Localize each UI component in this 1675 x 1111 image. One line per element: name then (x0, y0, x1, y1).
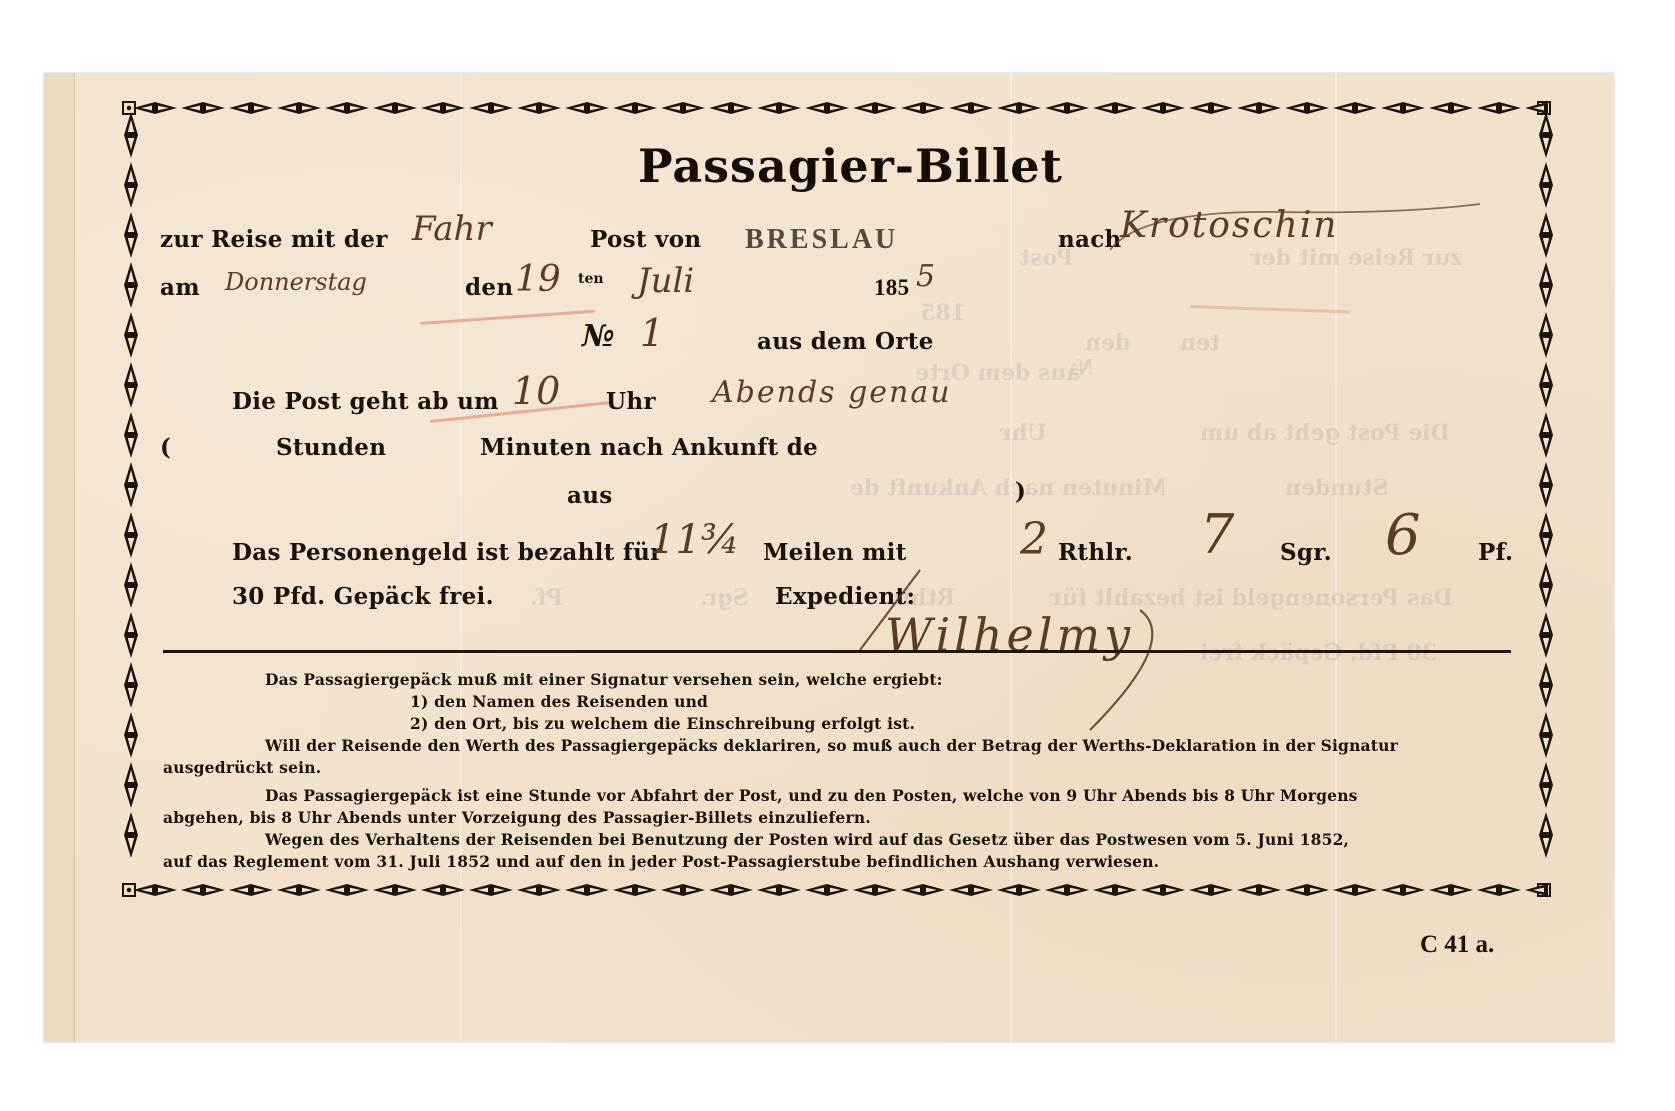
label-personengeld: Das Personengeld ist bezahlt für (232, 541, 663, 564)
border-diamond-ornament (124, 512, 138, 558)
border-diamond-ornament (124, 462, 138, 508)
notice-line: Das Passagiergepäck ist eine Stunde vor … (265, 788, 1358, 804)
border-diamond-ornament (805, 102, 849, 114)
label-den: den (465, 276, 513, 299)
notice-line: Das Passagiergepäck muß mit einer Signat… (265, 672, 943, 688)
border-diamond-ornament (1539, 562, 1553, 608)
border-diamond-ornament (1539, 662, 1553, 708)
border-diamond-ornament (1237, 884, 1281, 896)
label-reise: zur Reise mit der (160, 228, 388, 251)
border-diamond-ornament (1539, 612, 1553, 658)
handwritten-miles: 11¾ (650, 520, 740, 560)
border-diamond-ornament (1539, 212, 1553, 258)
bleed-through-text: Pf. (530, 585, 563, 611)
border-diamond-ornament (1333, 884, 1377, 896)
destination-flourish (1080, 200, 1500, 260)
border-diamond-ornament (124, 712, 138, 758)
handwritten-time-note: Abends genau (712, 378, 952, 408)
border-diamond-ornament (469, 102, 513, 114)
handwritten-post-type: Fahr (412, 212, 492, 246)
separator-rule (163, 650, 1511, 653)
border-diamond-ornament (124, 362, 138, 408)
border-diamond-ornament (229, 102, 273, 114)
notice-line: auf das Reglement vom 31. Juli 1852 und … (163, 854, 1159, 870)
border-diamond-ornament (517, 102, 561, 114)
paren-open: ( (160, 436, 171, 459)
ticket-title: Passagier-Billet (638, 143, 1063, 189)
border-diamond-ornament (1141, 102, 1185, 114)
torn-stub-edge (44, 73, 75, 1042)
border-diamond-ornament (1429, 884, 1473, 896)
border-diamond-ornament (1539, 512, 1553, 558)
label-am: am (160, 276, 200, 299)
border-diamond-ornament (373, 102, 417, 114)
ornamental-border-right (1538, 112, 1554, 877)
paren-close: ) (1015, 480, 1026, 503)
border-diamond-ornament (181, 884, 225, 896)
border-diamond-ornament (1539, 712, 1553, 758)
border-diamond-ornament (757, 102, 801, 114)
label-baggage-allowance: 30 Pfd. Gepäck frei. (232, 585, 494, 608)
bleed-through-text: Die Post geht ab um (1200, 420, 1450, 446)
bleed-through-text: Uhr (1000, 420, 1047, 446)
border-diamond-ornament (124, 412, 138, 458)
border-diamond-ornament (709, 102, 753, 114)
label-sgr: Sgr. (1280, 541, 1332, 564)
border-diamond-ornament (124, 162, 138, 208)
bleed-through-text: Stunden (1285, 475, 1388, 501)
border-diamond-ornament (1285, 102, 1329, 114)
border-diamond-ornament (853, 884, 897, 896)
border-diamond-ornament (901, 102, 945, 114)
border-diamond-ornament (1333, 102, 1377, 114)
border-diamond-ornament (1381, 102, 1425, 114)
border-diamond-ornament (469, 884, 513, 896)
notice-line: Wegen des Verhaltens der Reisenden bei B… (265, 832, 1349, 848)
notice-line: 2) den Ort, bis zu welchem die Einschrei… (410, 716, 915, 732)
border-diamond-ornament (1285, 884, 1329, 896)
border-diamond-ornament (1141, 884, 1185, 896)
border-diamond-ornament (124, 262, 138, 308)
border-diamond-ornament (709, 884, 753, 896)
bleed-through-text: Minuten nach Ankunft de (850, 475, 1167, 501)
form-number: C 41 a. (1420, 932, 1494, 957)
border-diamond-ornament (1539, 112, 1553, 158)
border-diamond-ornament (1539, 262, 1553, 308)
border-diamond-ornament (1477, 884, 1521, 896)
label-post-departs: Die Post geht ab um (232, 390, 499, 413)
border-diamond-ornament (1093, 102, 1137, 114)
bleed-through-text: Sgr. (700, 585, 749, 611)
origin-stamp: BRESLAU (745, 226, 898, 254)
bleed-through-text: 185 (920, 300, 966, 326)
handwritten-departure-hour: 10 (512, 372, 560, 410)
border-diamond-ornament (1045, 102, 1089, 114)
border-diamond-ornament (277, 884, 321, 896)
border-diamond-ornament (1539, 462, 1553, 508)
border-diamond-ornament (1539, 412, 1553, 458)
border-diamond-ornament (997, 884, 1041, 896)
label-aus-dem-orte: aus dem Orte (757, 330, 934, 353)
label-stunden: Stunden (276, 436, 386, 459)
border-diamond-ornament (949, 884, 993, 896)
border-diamond-ornament (421, 102, 465, 114)
border-diamond-ornament (421, 884, 465, 896)
border-diamond-ornament (949, 102, 993, 114)
bleed-through-text: ten (1180, 330, 1220, 356)
label-pf: Pf. (1478, 541, 1513, 564)
border-diamond-ornament (124, 562, 138, 608)
border-diamond-ornament (124, 612, 138, 658)
label-minuten-nach-ankunft: Minuten nach Ankunft de (480, 436, 818, 459)
border-diamond-ornament (1539, 812, 1553, 858)
border-diamond-ornament (124, 312, 138, 358)
handwritten-weekday: Donnerstag (225, 270, 367, 294)
border-diamond-ornament (661, 884, 705, 896)
handwritten-year-suffix: 5 (916, 262, 935, 292)
handwritten-day: 19 (515, 262, 561, 298)
handwritten-thaler: 2 (1020, 518, 1048, 562)
border-diamond-ornament (1539, 312, 1553, 358)
border-diamond-ornament (613, 884, 657, 896)
border-diamond-ornament (805, 884, 849, 896)
border-diamond-ornament (1093, 884, 1137, 896)
border-diamond-ornament (181, 102, 225, 114)
border-diamond-ornament (1539, 762, 1553, 808)
border-diamond-ornament (277, 102, 321, 114)
border-diamond-ornament (901, 884, 945, 896)
border-diamond-ornament (517, 884, 561, 896)
label-uhr: Uhr (606, 390, 656, 413)
border-diamond-ornament (997, 102, 1041, 114)
border-diamond-ornament (1189, 884, 1233, 896)
border-diamond-ornament (1189, 102, 1233, 114)
border-diamond-ornament (1539, 162, 1553, 208)
border-diamond-ornament (661, 102, 705, 114)
label-aus: aus (567, 484, 612, 507)
border-diamond-ornament (757, 884, 801, 896)
border-diamond-ornament (124, 112, 138, 158)
border-diamond-ornament (229, 884, 273, 896)
handwritten-ticket-number: 1 (640, 314, 664, 352)
border-diamond-ornament (1539, 362, 1553, 408)
handwritten-month: Juli (637, 264, 694, 298)
border-diamond-ornament (325, 102, 369, 114)
bleed-through-text: den (1085, 330, 1130, 356)
border-diamond-ornament (124, 812, 138, 858)
border-diamond-ornament (373, 884, 417, 896)
border-diamond-ornament (1237, 102, 1281, 114)
notice-line: abgehen, bis 8 Uhr Abends unter Vorzeigu… (163, 810, 871, 826)
border-diamond-ornament (1381, 884, 1425, 896)
border-diamond-ornament (565, 884, 609, 896)
border-diamond-ornament (124, 212, 138, 258)
border-diamond-ornament (565, 102, 609, 114)
notice-line: Will der Reisende den Werth des Passagie… (265, 738, 1398, 754)
border-diamond-ornament (613, 102, 657, 114)
label-year-prefix: 185 (874, 276, 909, 299)
ornamental-border-bottom (133, 882, 1548, 898)
label-post-von: Post von (590, 228, 701, 251)
label-ten: ten (578, 272, 604, 286)
border-diamond-ornament (133, 884, 177, 896)
border-diamond-ornament (124, 762, 138, 808)
label-number-sign: № (582, 322, 615, 352)
notice-line: ausgedrückt sein. (163, 760, 321, 776)
scan-background: zur Reise mit der Post 185 den ten № aus… (0, 0, 1675, 1111)
ornamental-border-left (123, 112, 139, 877)
handwritten-silbergroschen: 7 (1200, 508, 1234, 562)
ornamental-border-top (133, 100, 1548, 116)
border-diamond-ornament (1477, 102, 1521, 114)
border-diamond-ornament (1525, 884, 1548, 896)
handwritten-pfennig: 6 (1385, 508, 1421, 564)
border-diamond-ornament (325, 884, 369, 896)
border-diamond-ornament (1045, 884, 1089, 896)
border-diamond-ornament (1429, 102, 1473, 114)
border-diamond-ornament (124, 662, 138, 708)
border-diamond-ornament (133, 102, 177, 114)
border-diamond-ornament (853, 102, 897, 114)
notice-line: 1) den Namen des Reisenden und (410, 694, 708, 710)
